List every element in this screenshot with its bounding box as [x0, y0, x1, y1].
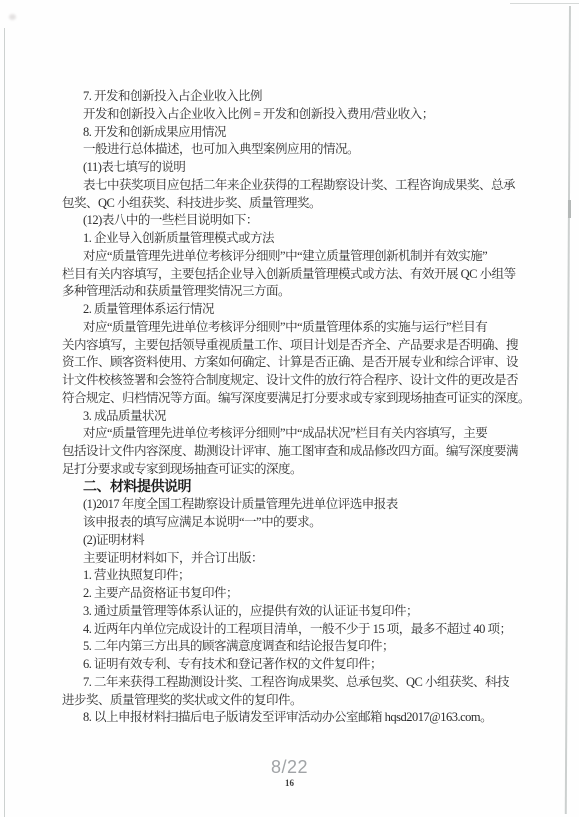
- page-number: 16: [0, 778, 579, 788]
- text-line: 进步奖、质量管理奖的奖状或文件的复印件。: [62, 692, 518, 710]
- scan-smudge: [9, 14, 16, 20]
- text-line: 开发和创新投入占企业收入比例 = 开发和创新投入费用/营业收入；: [62, 106, 518, 124]
- text-line: 包括设计文件内容深度、勘测设计评审、施工图审查和成品修改四方面。编写深度要满: [62, 443, 518, 461]
- text-line: 7. 开发和创新投入占企业收入比例: [62, 88, 518, 106]
- scan-edge-left: [4, 28, 5, 817]
- text-line: (2)证明材料: [62, 532, 518, 550]
- text-line: 符合规定、归档情况等方面。编写深度要满足打分要求或专家到现场抽查可证实的深度。: [62, 390, 518, 408]
- text-line: 主要证明材料如下，并合订出版：: [62, 550, 518, 568]
- section-heading: 二、材料提供说明: [62, 479, 518, 497]
- page-indicator: 8/22: [0, 757, 579, 778]
- text-line: 表七中获奖项目应包括二年来企业获得的工程勘察设计奖、工程咨询成果奖、总承: [62, 177, 518, 195]
- text-line: (1)2017 年度全国工程勘察设计质量管理先进单位评选申报表: [62, 496, 518, 514]
- text-line: 1. 营业执照复印件；: [62, 567, 518, 585]
- text-line: (11)表七填写的说明: [62, 159, 518, 177]
- text-line: 包奖、QC 小组获奖、科技进步奖、质量管理奖。: [62, 195, 518, 213]
- text-line: 8. 以上申报材料扫描后电子版请发至评审活动办公室邮箱 hqsd2017@163…: [62, 709, 518, 727]
- scan-edge-blot: [568, 200, 571, 218]
- scan-edge-right: [565, 6, 571, 814]
- text-line: 一般进行总体描述，也可加入典型案例应用的情况。: [62, 141, 518, 159]
- text-line: 4. 近两年内单位完成设计的工程项目清单，一般不少于 15 项，最多不超过 40…: [62, 621, 518, 639]
- text-line: 5. 二年内第三方出具的顾客满意度调查和结论报告复印件；: [62, 638, 518, 656]
- text-line: 多种管理活动和获质量管理奖情况三方面。: [62, 283, 518, 301]
- text-line: 3. 成品质量状况: [62, 408, 518, 426]
- text-line: 足打分要求或专家到现场抽查可证实的深度。: [62, 461, 518, 479]
- text-line: 对应“质量管理先进单位考核评分细则”中“建立质量管理创新机制并有效实施”: [62, 248, 518, 266]
- scan-edge-top-right: [510, 3, 579, 4]
- text-line: 栏目有关内容填写，主要包括企业导入创新质量管理模式或方法、有效开展 QC 小组等: [62, 266, 518, 284]
- scanned-document-page: 7. 开发和创新投入占企业收入比例开发和创新投入占企业收入比例 = 开发和创新投…: [0, 0, 579, 817]
- text-line: 3. 通过质量管理等体系认证的，应提供有效的认证证书复印件；: [62, 603, 518, 621]
- text-line: 6. 证明有效专利、专有技术和登记著作权的文件复印件；: [62, 656, 518, 674]
- text-line: (12)表八中的一些栏目说明如下：: [62, 212, 518, 230]
- text-line: 计文件校核签署和会签符合制度规定、设计文件的放行符合程序、设计文件的更改是否: [62, 372, 518, 390]
- text-line: 7. 二年来获得工程勘测设计奖、工程咨询成果奖、总承包奖、QC 小组获奖、科技: [62, 674, 518, 692]
- text-line: 2. 主要产品资格证书复印件；: [62, 585, 518, 603]
- text-line: 关内容填写，主要包括领导重视质量工作、项目计划是否齐全、产品要求是否明确、搜: [62, 337, 518, 355]
- text-line: 8. 开发和创新成果应用情况: [62, 124, 518, 142]
- text-line: 2. 质量管理体系运行情况: [62, 301, 518, 319]
- document-text: 7. 开发和创新投入占企业收入比例开发和创新投入占企业收入比例 = 开发和创新投…: [62, 88, 518, 727]
- text-line: 对应“质量管理先进单位考核评分细则”中“成品状况”栏目有关内容填写，主要: [62, 425, 518, 443]
- text-line: 对应“质量管理先进单位考核评分细则”中“质量管理体系的实施与运行”栏目有: [62, 319, 518, 337]
- text-line: 1. 企业导入创新质量管理模式或方法: [62, 230, 518, 248]
- text-line: 该申报表的填写应满足本说明“一”中的要求。: [62, 514, 518, 532]
- text-line: 资工作、顾客资料使用、方案如何确定、计算是否正确、是否开展专业和综合评审、设: [62, 354, 518, 372]
